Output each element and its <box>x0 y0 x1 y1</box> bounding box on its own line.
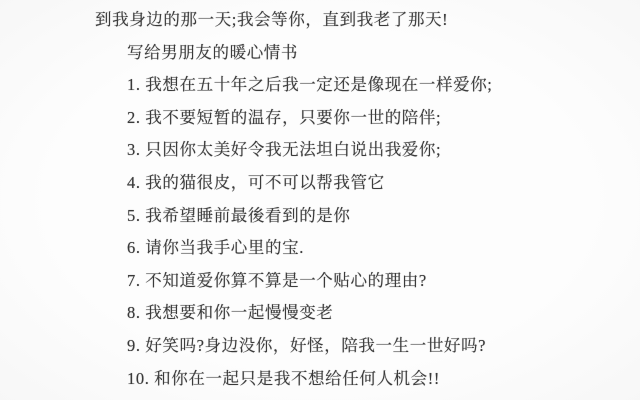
letter-item-7: 7. 不知道爱你算不算是一个贴心的理由? <box>95 265 640 298</box>
letter-item-10: 10. 和你在一起只是我不想给任何人机会!! <box>95 363 640 396</box>
letter-item-1: 1. 我想在五十年之后我一定还是像现在一样爱你; <box>95 69 640 102</box>
letter-item-2: 2. 我不要短暂的温存，只要你一世的陪伴; <box>95 102 640 135</box>
letter-item-3: 3. 只因你太美好令我无法坦白说出我爱你; <box>95 134 640 167</box>
letter-item-9: 9. 好笑吗?身边没你，好怪，陪我一生一世好吗? <box>95 330 640 363</box>
scanned-letter-page: 到我身边的那一天;我会等你，直到我老了那天! 写给男朋友的暖心情书 1. 我想在… <box>0 0 640 400</box>
letter-item-6: 6. 请你当我手心里的宝. <box>95 232 640 265</box>
letter-item-8: 8. 我想要和你一起慢慢变老 <box>95 297 640 330</box>
intro-line: 到我身边的那一天;我会等你，直到我老了那天! <box>95 4 640 37</box>
letter-item-5: 5. 我希望睡前最後看到的是你 <box>95 200 640 233</box>
letter-item-4: 4. 我的猫很皮，可不可以帮我管它 <box>95 167 640 200</box>
letter-title: 写给男朋友的暖心情书 <box>95 37 640 70</box>
